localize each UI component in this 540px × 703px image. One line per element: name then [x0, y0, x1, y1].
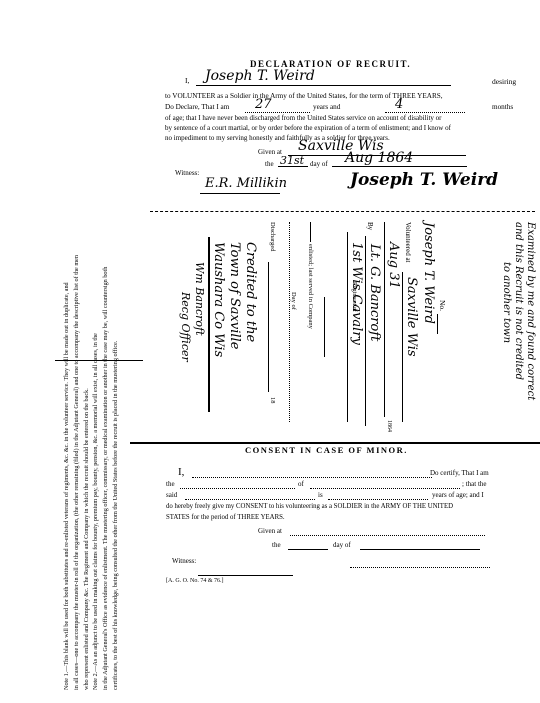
year-label: 1864: [386, 420, 392, 432]
by-line: [365, 236, 366, 426]
age-years-line: [245, 112, 310, 113]
discharged-line: [268, 262, 269, 392]
credit-note-line: Credited to the: [243, 242, 258, 342]
month-year-line: [332, 166, 467, 167]
consent-given-at-label: Given at: [258, 527, 282, 535]
margin-note-line: Examined by me and found correct: [525, 222, 536, 400]
day-of-label: day of: [310, 160, 328, 168]
said-label: said: [166, 491, 177, 499]
volunteered-date: Aug 31: [386, 242, 401, 289]
form-number: [A. G. O. No. 74 & 76.]: [166, 578, 224, 584]
day-of-line: [289, 222, 290, 422]
consent-day-line: [288, 549, 328, 550]
discharged-year: 18: [269, 397, 276, 404]
volunteered-place: Saxville Wis: [404, 277, 419, 357]
declaration-line-4: of age; that I have never been discharge…: [165, 114, 441, 122]
margin-note-line: and this Recruit is not credited: [513, 222, 524, 380]
relation-line: [180, 488, 295, 489]
age-months: 4: [395, 97, 403, 112]
side-note-line: certificates, to the best of his knowled…: [111, 50, 121, 690]
credit-note-line: Waushara Co Wis: [211, 242, 226, 357]
age-years: 27: [255, 97, 272, 112]
credit-note-line: Recg Officer: [179, 292, 192, 362]
consent-line-5: STATES for the period of THREE YEARS.: [166, 514, 285, 521]
consent-given-at-line: [290, 535, 485, 536]
margin-rule: [55, 360, 143, 361]
i-label: I,: [185, 76, 189, 85]
desiring-label: desiring: [492, 77, 516, 86]
side-note-line: who represent enlisted and Company &c. T…: [82, 50, 92, 690]
day-of-label: Day of: [290, 292, 297, 310]
credit-note-line: Wm Bancroft: [193, 262, 206, 336]
consent-day-of-label: day of: [333, 541, 351, 549]
consent-month-line: [360, 549, 480, 550]
blank-line: [324, 297, 325, 357]
witness-line: [200, 193, 280, 194]
declaration-line-3: Do Declare, That I am: [165, 103, 229, 111]
of-line: [310, 488, 460, 489]
month-year: Aug 1864: [345, 150, 413, 166]
consent-of-label: of: [298, 480, 304, 488]
endorsement-name: Joseph T. Weird: [421, 222, 436, 324]
witness-signature: E.R. Millikin: [205, 176, 287, 191]
given-at-label: Given at: [258, 148, 282, 156]
regiment-line: [347, 232, 348, 422]
consent-name-line: [192, 477, 432, 478]
that-the-label: ; that the: [462, 480, 487, 488]
consent-i-label: I,: [178, 466, 184, 478]
credit-note-line: Town of Saxville: [227, 242, 242, 349]
company-line: [310, 222, 311, 242]
no-line: [437, 314, 438, 334]
by-officer: Lt. G. Bancroft: [367, 244, 382, 341]
witness-label: Witness:: [175, 169, 199, 177]
consent-title: CONSENT IN CASE OF MINOR.: [245, 445, 408, 455]
consent-the-label: the: [166, 480, 175, 488]
side-note-line: Note 1.—This blank will be used for both…: [62, 50, 72, 690]
age-months-line: [385, 112, 465, 113]
guardian-signature-line: [350, 567, 490, 568]
consent-line-4: do hereby freely give my CONSENT to his …: [166, 503, 453, 510]
consent-witness-line: [198, 575, 293, 576]
consent-witness-label: Witness:: [172, 557, 196, 565]
years-and-label: years and: [313, 103, 340, 111]
enlisted-label: enlisted; last served in Company: [307, 244, 314, 329]
recruit-signature: Joseph T. Weird: [350, 170, 498, 190]
date-line: [384, 222, 385, 417]
recruit-name: Joseph T. Weird: [205, 68, 315, 84]
name-line: [196, 85, 451, 86]
said-line: [185, 499, 315, 500]
volunteered-at-label: Volunteered at: [404, 222, 412, 263]
regiment-label: Regiment of: [351, 282, 357, 312]
side-note-line: in all cases—one to accompany the muster…: [72, 50, 82, 690]
margin-note-line: to another town: [501, 262, 512, 343]
volunteered-line: [402, 272, 403, 422]
fold-line-top: [150, 211, 535, 212]
is-label: is: [318, 491, 323, 499]
strike-through: [208, 237, 210, 412]
side-instructions: Note 1.—This blank will be used for both…: [62, 50, 121, 690]
months-label: months: [492, 103, 513, 111]
day-line: [278, 166, 308, 167]
years-of-age-label: years of age; and I: [432, 491, 484, 499]
endorsement-panel: Examined by me and found correct and thi…: [140, 222, 540, 442]
no-label: No.: [438, 300, 447, 311]
discharged-label: Discharged: [269, 222, 276, 251]
side-note-line: in the Adjutant General's Office as evid…: [101, 50, 111, 690]
by-label: By: [366, 222, 374, 230]
fold-line-middle: [130, 442, 540, 444]
do-certify-label: Do certify, That I am: [430, 469, 489, 477]
the-label: the: [265, 160, 274, 168]
is-line: [328, 499, 428, 500]
side-note-line: Note 2.—As an adjunct to be used in maki…: [91, 50, 101, 690]
consent-the-label-2: the: [272, 541, 281, 549]
declaration-line-5: by sentence of a court martial, or by or…: [165, 124, 451, 132]
